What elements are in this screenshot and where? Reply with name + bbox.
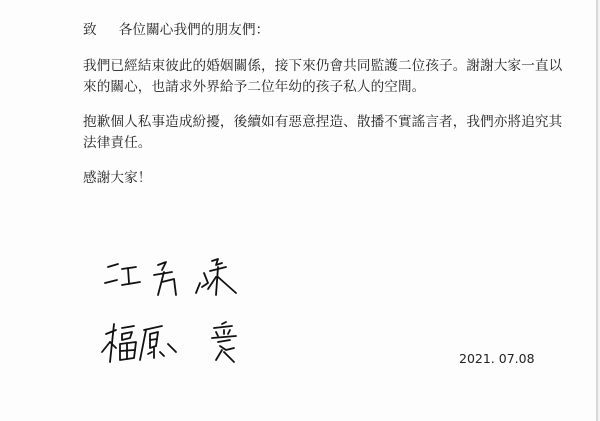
paragraph-1-line-2: 來的關心，也請求外界給予二位年幼的孩子私人的空間。 <box>83 77 425 98</box>
paragraph-1-line-1: 我們已經結束彼此的婚姻關係，接下來仍會共同監護二位孩子。謝謝大家一直以 <box>83 56 562 77</box>
greeting-to: 致 <box>83 22 97 38</box>
greeting-recipient: 各位關心我們的朋友們： <box>119 22 270 38</box>
letter-date: 2021. 07.08 <box>459 351 535 366</box>
paragraph-2-line-1: 抱歉個人私事造成紛擾，後續如有惡意捏造、散播不實謠言者，我們亦將追究其 <box>83 112 562 133</box>
greeting-line: 致各位關心我們的朋友們： <box>83 20 269 41</box>
signature-2 <box>100 318 250 368</box>
signature-1 <box>100 255 250 305</box>
closing-line: 感謝大家！ <box>83 168 151 189</box>
paragraph-2-line-2: 法律責任。 <box>83 133 151 154</box>
